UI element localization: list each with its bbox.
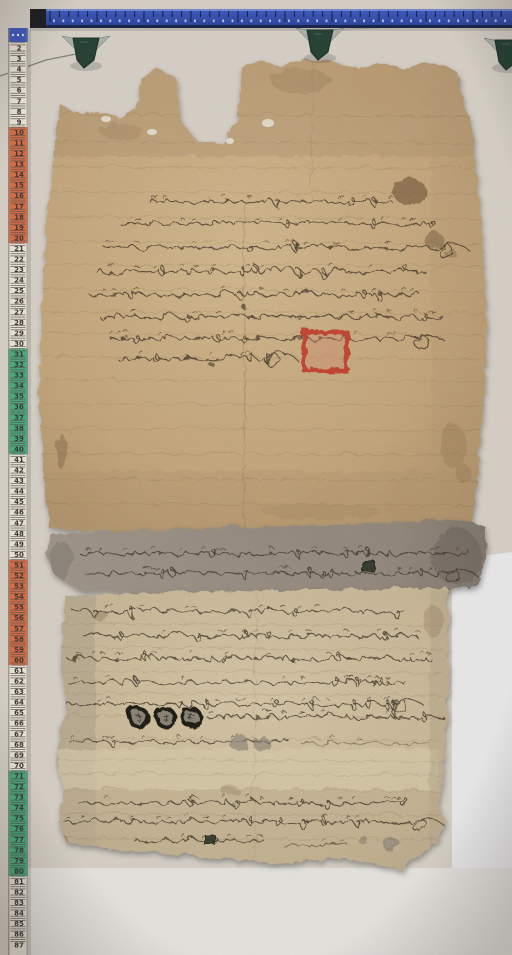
manuscript-photo-scene: 2345678910111213141516171819202122232425… xyxy=(0,0,512,955)
archival-photo: 2345678910111213141516171819202122232425… xyxy=(0,0,512,955)
vignette xyxy=(0,0,512,955)
